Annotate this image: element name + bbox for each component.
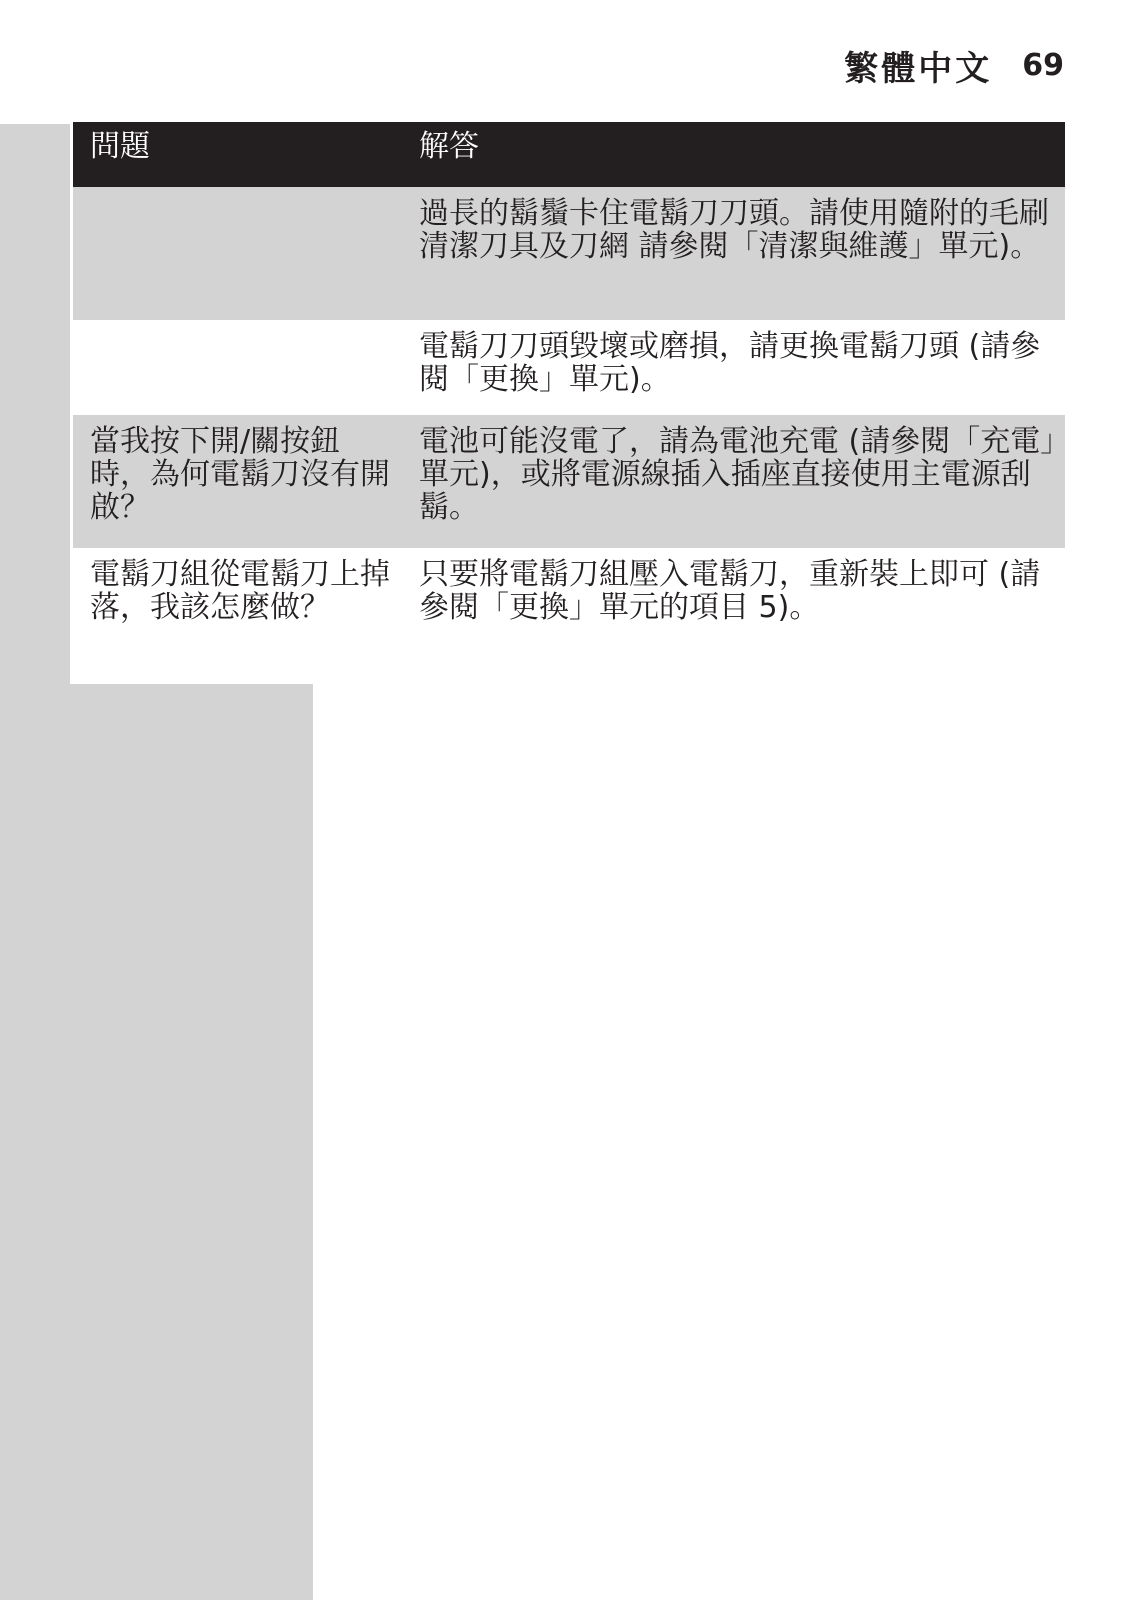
column-header-answer: 解答 (402, 122, 1065, 187)
answer-cell: 過長的鬍鬚卡住電鬍刀刀頭。請使用隨附的毛刷清潔刀具及刀網 請參閱「清潔與維護」單… (402, 187, 1065, 320)
answer-cell: 電鬍刀刀頭毀壞或磨損，請更換電鬍刀頭 (請參閱「更換」單元)。 (402, 320, 1065, 415)
question-cell: 電鬍刀組從電鬍刀上掉落，我該怎麼做？ (73, 548, 402, 683)
table-row: 電鬍刀刀頭毀壞或磨損，請更換電鬍刀頭 (請參閱「更換」單元)。 (73, 320, 1065, 415)
table-row: 當我按下開/關按鈕時，為何電鬍刀沒有開啟？ 電池可能沒電了，請為電池充電 (請參… (73, 415, 1065, 548)
language-label: 繁體中文 (844, 41, 992, 90)
table-row: 電鬍刀組從電鬍刀上掉落，我該怎麼做？ 只要將電鬍刀組壓入電鬍刀，重新裝上即可 (… (73, 548, 1065, 683)
table-row: 過長的鬍鬚卡住電鬍刀刀頭。請使用隨附的毛刷清潔刀具及刀網 請參閱「清潔與維護」單… (73, 187, 1065, 320)
question-cell (73, 320, 402, 415)
answer-cell: 只要將電鬍刀組壓入電鬍刀，重新裝上即可 (請參閱「更換」單元的項目 5)。 (402, 548, 1065, 683)
column-header-question: 問題 (73, 122, 402, 187)
table-header-row: 問題 解答 (73, 122, 1065, 187)
side-margin-block (0, 684, 313, 1600)
side-margin-bar (0, 124, 70, 684)
page-number: 69 (1022, 48, 1064, 83)
question-cell (73, 187, 402, 320)
answer-cell: 電池可能沒電了，請為電池充電 (請參閱「充電」單元)，或將電源線插入插座直接使用… (402, 415, 1065, 548)
question-cell: 當我按下開/關按鈕時，為何電鬍刀沒有開啟？ (73, 415, 402, 548)
troubleshooting-table: 問題 解答 過長的鬍鬚卡住電鬍刀刀頭。請使用隨附的毛刷清潔刀具及刀網 請參閱「清… (73, 122, 1065, 683)
page-header: 繁體中文 69 (844, 40, 1064, 90)
